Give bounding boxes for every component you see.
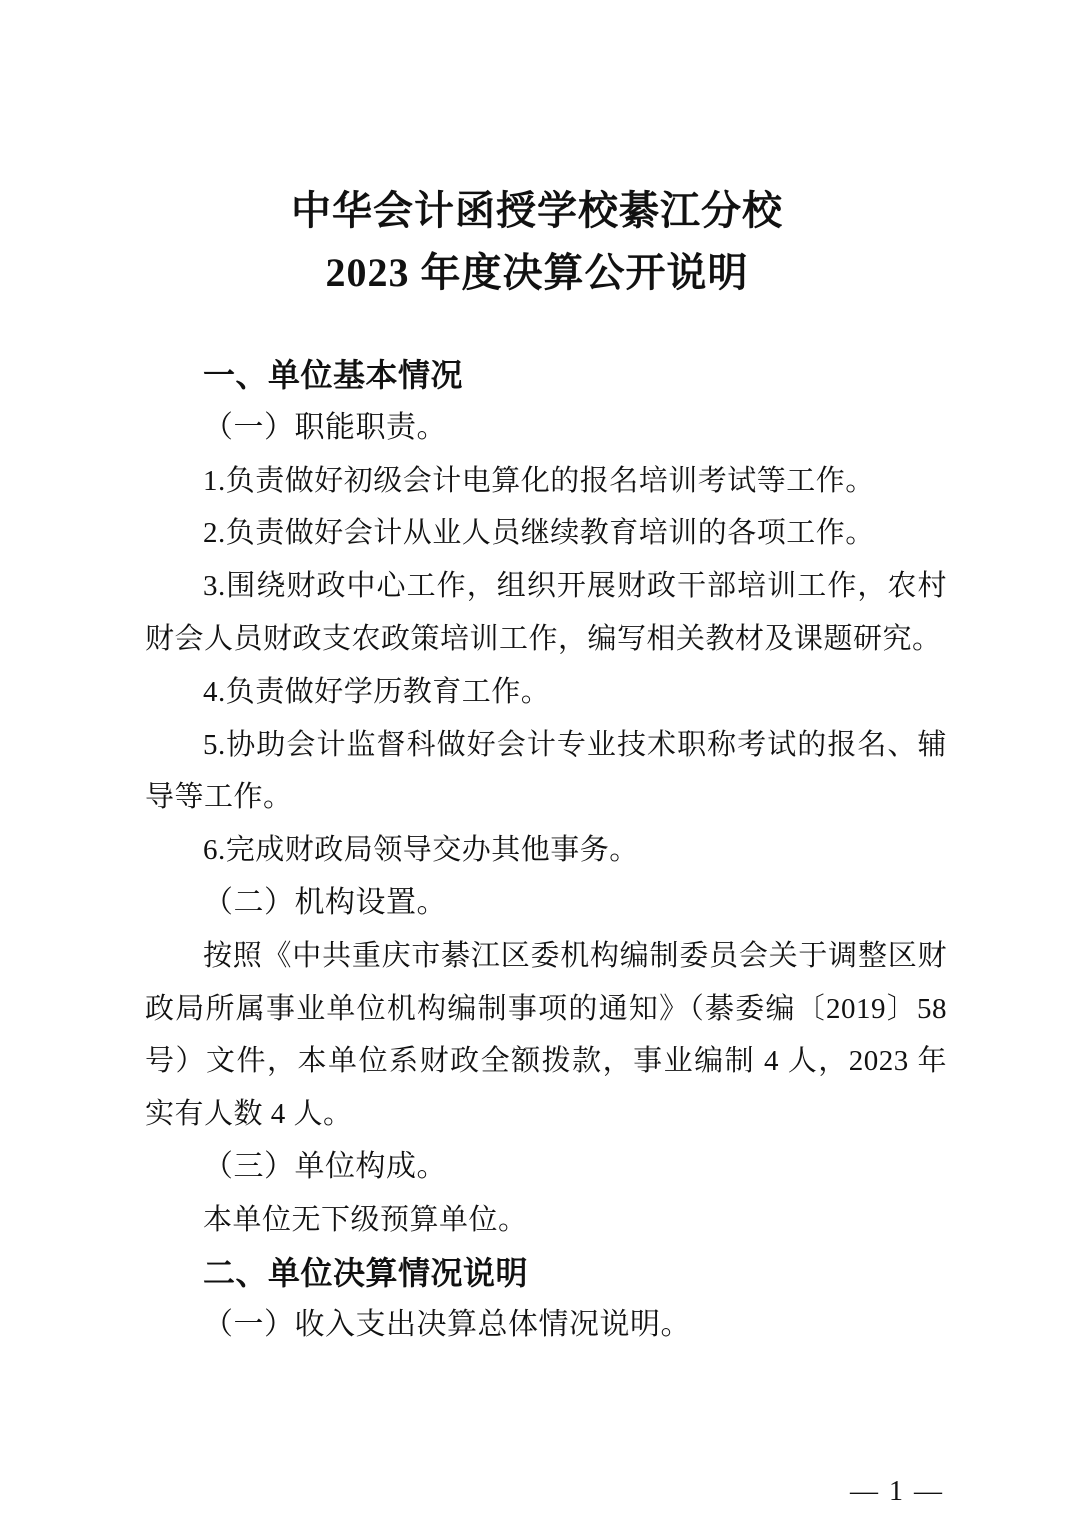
paragraph-item-5: 5.协助会计监督科做好会计专业技术职称考试的报名、辅导等工作。 — [145, 719, 947, 825]
document-page: 中华会计函授学校綦江分校 2023 年度决算公开说明 一、单位基本情况 （一）职… — [0, 0, 1074, 1520]
paragraph-org-setup: 按照《中共重庆市綦江区委机构编制委员会关于调整区财政局所属事业单位机构编制事项的… — [145, 930, 947, 1141]
page-number: — 1 — — [850, 1476, 944, 1508]
subsection-heading-1-1: （一）职能职责。 — [145, 402, 947, 455]
paragraph-item-4: 4.负责做好学历教育工作。 — [145, 666, 947, 719]
section-heading-1: 一、单位基本情况 — [145, 349, 947, 402]
document-title: 中华会计函授学校綦江分校 2023 年度决算公开说明 — [0, 180, 1074, 304]
document-title-line-2: 2023 年度决算公开说明 — [0, 242, 1074, 304]
subsection-heading-1-3: （三）单位构成。 — [145, 1141, 947, 1194]
subsection-heading-2-1: （一）收入支出决算总体情况说明。 — [145, 1299, 947, 1352]
paragraph-unit-composition: 本单位无下级预算单位。 — [145, 1194, 947, 1247]
document-body: 一、单位基本情况 （一）职能职责。 1.负责做好初级会计电算化的报名培训考试等工… — [145, 349, 947, 1352]
section-heading-2: 二、单位决算情况说明 — [145, 1247, 947, 1300]
subsection-heading-1-2: （二）机构设置。 — [145, 877, 947, 930]
paragraph-item-6: 6.完成财政局领导交办其他事务。 — [145, 824, 947, 877]
paragraph-item-3: 3.围绕财政中心工作，组织开展财政干部培训工作，农村财会人员财政支农政策培训工作… — [145, 560, 947, 666]
paragraph-item-2: 2.负责做好会计从业人员继续教育培训的各项工作。 — [145, 507, 947, 560]
paragraph-item-1: 1.负责做好初级会计电算化的报名培训考试等工作。 — [145, 455, 947, 508]
document-title-line-1: 中华会计函授学校綦江分校 — [0, 180, 1074, 242]
